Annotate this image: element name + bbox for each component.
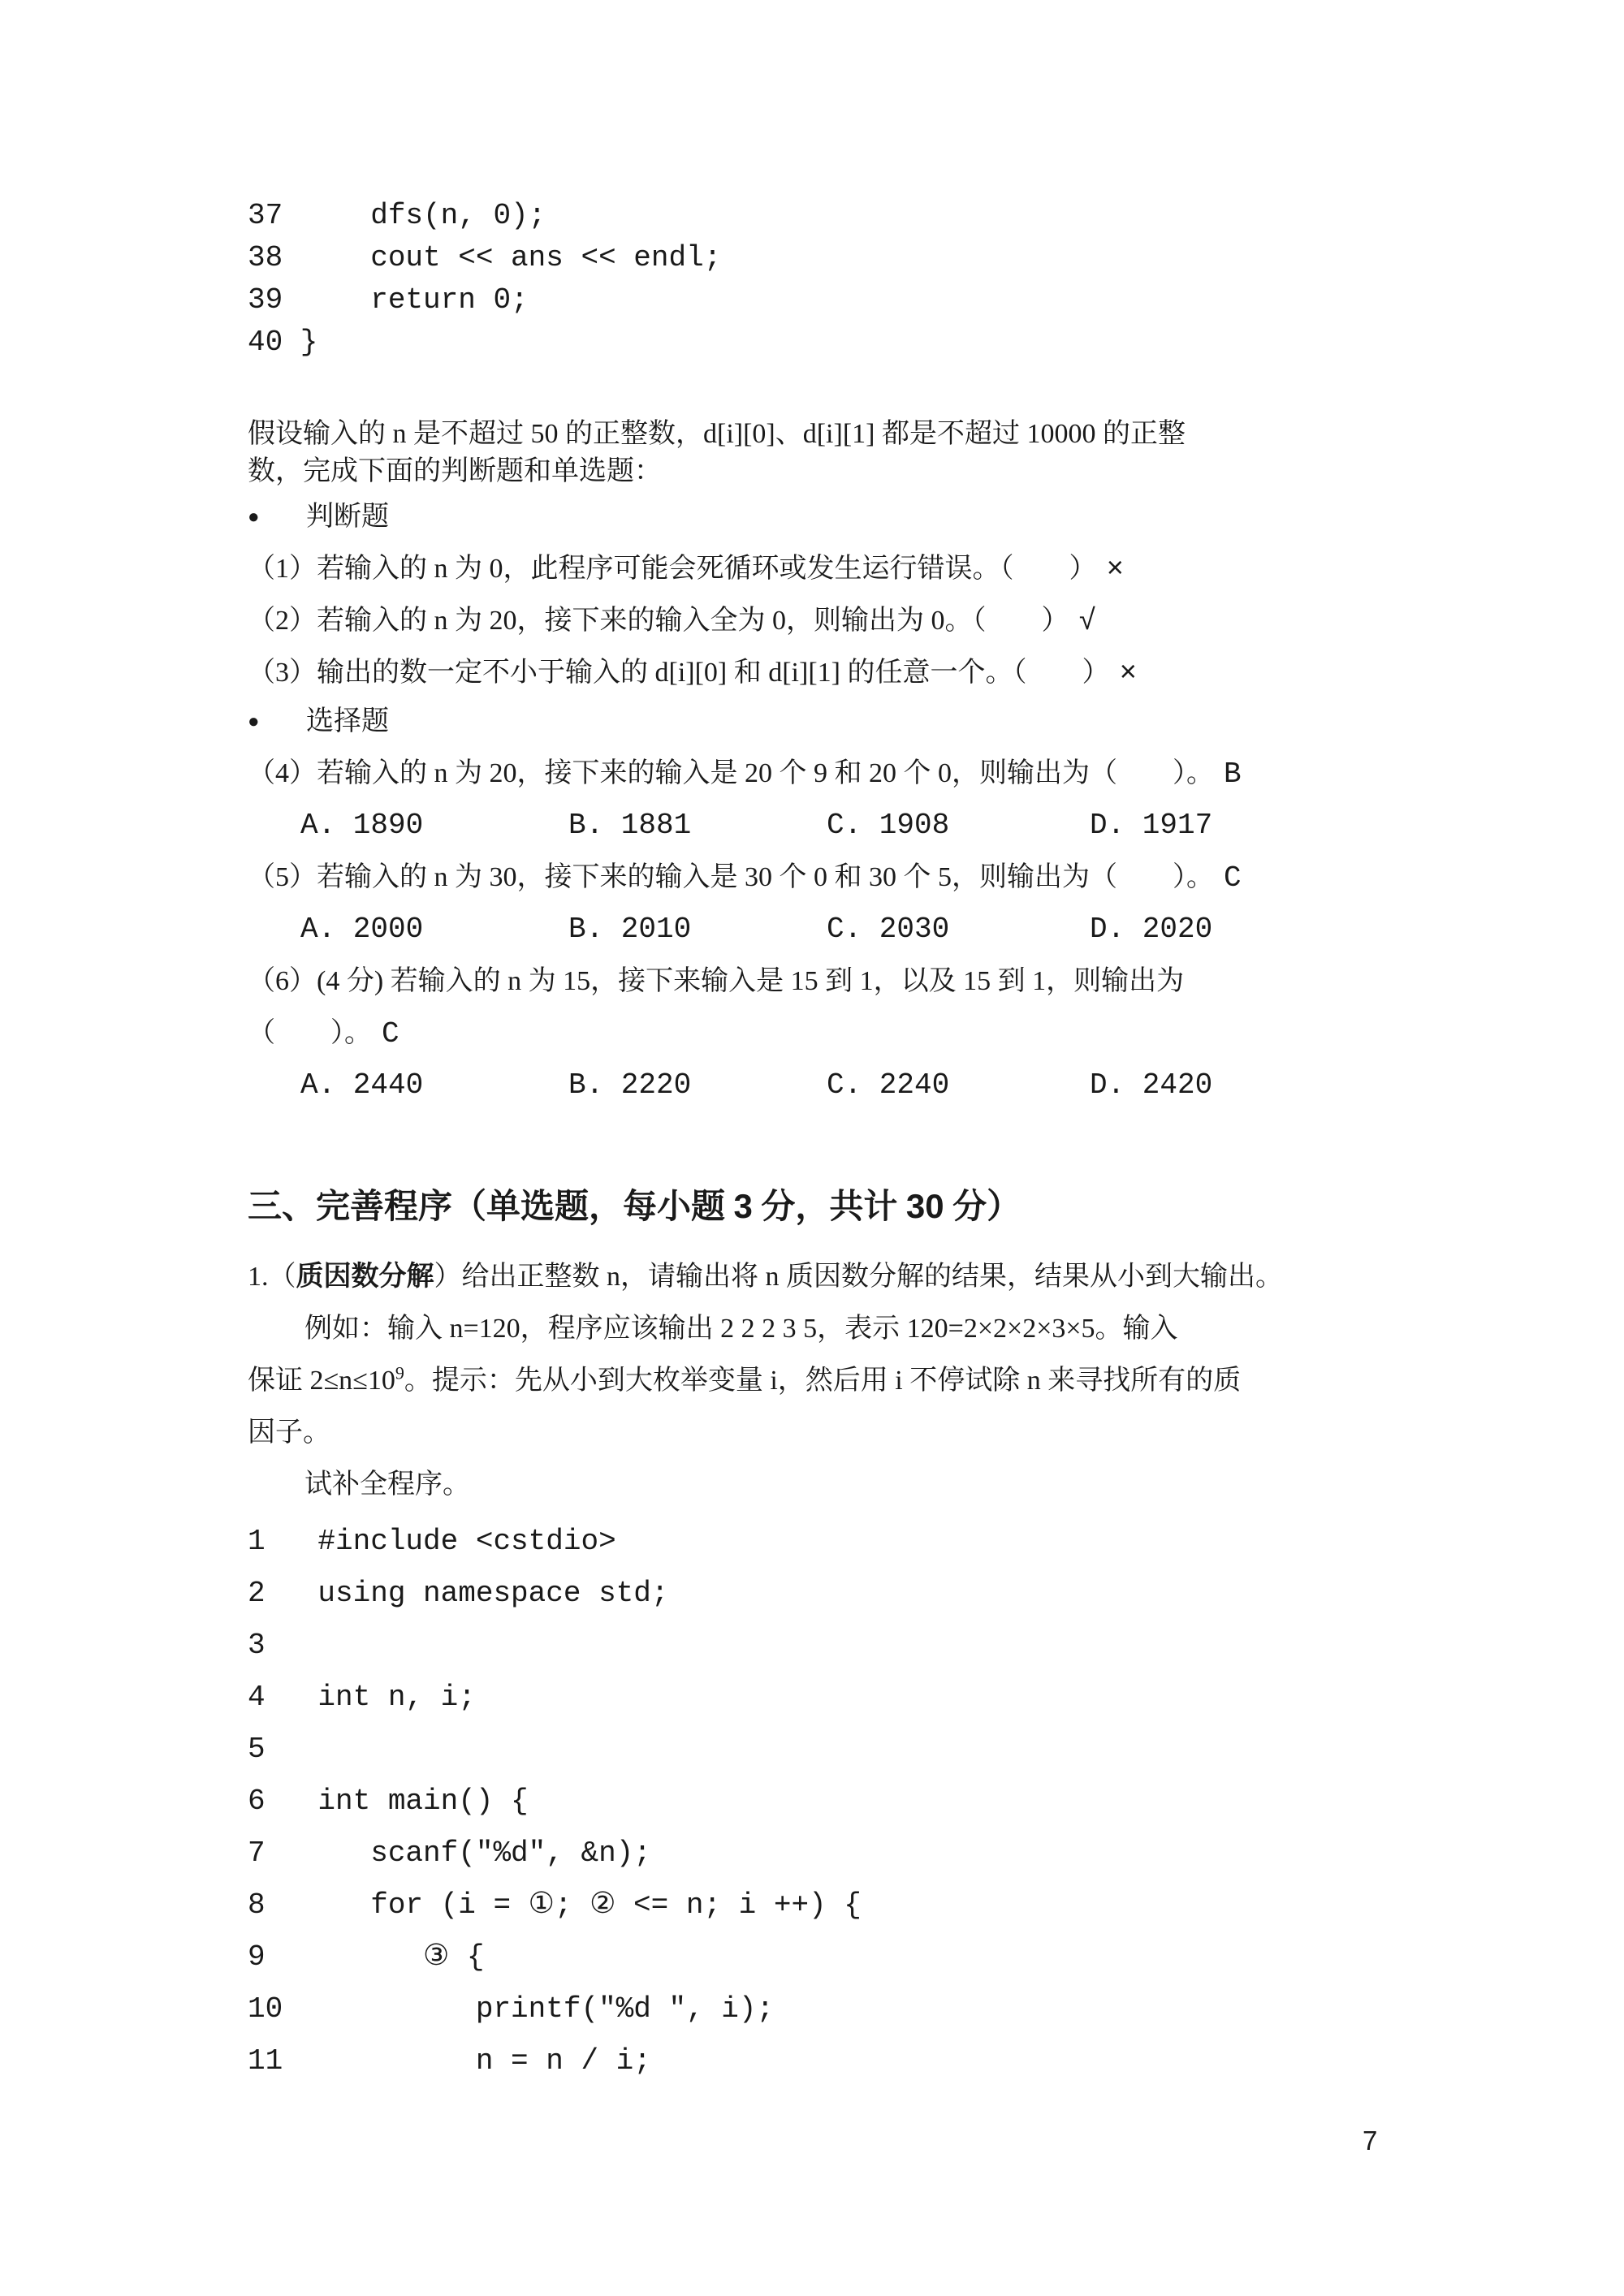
judgment-question-text: （2）若输入的 n 为 20，接下来的输入全为 0，则输出为 0。（ ） xyxy=(248,606,1069,636)
choice-option: C. 1908 xyxy=(827,807,1090,844)
judgment-section-header: ●判断题 xyxy=(248,498,1384,536)
problem-text-segment: 。提示：先从小到大枚举变量 i，然后用 i 不停试除 n 来寻找所有的质 xyxy=(404,1366,1241,1396)
choice-option: B. 2010 xyxy=(568,911,827,948)
intro-text-line: 数，完成下面的判断题和单选题： xyxy=(248,453,1384,490)
code-line: 11 n = n / i; xyxy=(248,2035,1384,2087)
section-heading: 三、完善程序（单选题，每小题 3 分，共计 30 分） xyxy=(248,1182,1384,1232)
problem-text-segment: 保证 2≤n≤10 xyxy=(248,1366,395,1396)
judgment-answer-mark: √ xyxy=(1079,605,1097,638)
bullet-icon: ● xyxy=(248,703,306,740)
choice-option: D. 2420 xyxy=(1090,1067,1212,1104)
judgment-item: （1）若输入的 n 为 0，此程序可能会死循环或发生运行错误。（ ）× xyxy=(248,550,1384,588)
intro-paragraph: 假设输入的 n 是不超过 50 的正整数，d[i][0]、d[i][1] 都是不… xyxy=(248,416,1384,490)
choice-options-row: A. 2000B. 2010C. 2030D. 2020 xyxy=(248,911,1384,948)
heading-segment: 分） xyxy=(944,1189,1021,1226)
choice-option: C. 2240 xyxy=(827,1067,1090,1104)
page-number: 7 xyxy=(1363,2126,1377,2156)
heading-segment: 三、完善程序（单选题，每小题 xyxy=(248,1189,734,1226)
code-line: 2 using namespace std; xyxy=(248,1568,1384,1620)
choice-options-row: A. 2440B. 2220C. 2240D. 2420 xyxy=(248,1067,1384,1104)
problem-text-line: 试补全程序。 xyxy=(248,1459,1384,1511)
code-line: 38 cout << ans << endl; xyxy=(248,237,1384,279)
problem-text-line: 1.（质因数分解）给出正整数 n，请输出将 n 质因数分解的结果，结果从小到大输… xyxy=(248,1251,1384,1303)
choice-item: （5）若输入的 n 为 30，接下来的输入是 30 个 0 和 30 个 5，则… xyxy=(248,859,1384,948)
choice-option: B. 1881 xyxy=(568,807,827,844)
code-line: 8 for (i = ①; ② <= n; i ++) { xyxy=(248,1880,1384,1931)
choice-option: A. 2000 xyxy=(300,911,568,948)
choice-answer-letter: C xyxy=(1224,861,1242,895)
problem-text-segment: 1.（ xyxy=(248,1262,296,1292)
code-line: 39 return 0; xyxy=(248,279,1384,322)
problem-text-line: 保证 2≤n≤109。提示：先从小到大枚举变量 i，然后用 i 不停试除 n 来… xyxy=(248,1355,1384,1407)
code-line: 7 scanf("%d", &n); xyxy=(248,1828,1384,1880)
choice-option: A. 2440 xyxy=(300,1067,568,1104)
choice-option: D. 2020 xyxy=(1090,911,1212,948)
intro-text-line: 假设输入的 n 是不超过 50 的正整数，d[i][0]、d[i][1] 都是不… xyxy=(248,416,1384,453)
judgment-label: 判断题 xyxy=(306,502,389,532)
problem-text-line: 例如：输入 n=120，程序应该输出 2 2 2 3 5，表示 120=2×2×… xyxy=(248,1303,1384,1355)
code-line: 10 printf("%d ", i); xyxy=(248,1983,1384,2035)
code-line: 9 ③ { xyxy=(248,1931,1384,1983)
code-line: 1 #include <cstdio> xyxy=(248,1516,1384,1568)
choice-question-line: （6）(4 分) 若输入的 n 为 15，接下来输入是 15 到 1，以及 15… xyxy=(248,963,1384,1000)
judgment-question-text: （3）输出的数一定不小于输入的 d[i][0] 和 d[i][1] 的任意一个。… xyxy=(248,658,1109,688)
choice-question-line: （4）若输入的 n 为 20，接下来的输入是 20 个 9 和 20 个 0，则… xyxy=(248,755,1384,792)
heading-segment: 30 xyxy=(906,1187,944,1225)
code-line: 37 dfs(n, 0); xyxy=(248,195,1384,237)
judgment-question-text: （1）若输入的 n 为 0，此程序可能会死循环或发生运行错误。（ ） xyxy=(248,554,1097,584)
choice-item: （4）若输入的 n 为 20，接下来的输入是 20 个 9 和 20 个 0，则… xyxy=(248,755,1384,844)
choice-option: A. 1890 xyxy=(300,807,568,844)
page-content: 37 dfs(n, 0);38 cout << ans << endl;39 r… xyxy=(0,0,1624,2296)
bullet-icon: ● xyxy=(248,498,306,536)
judgment-item: （3）输出的数一定不小于输入的 d[i][0] 和 d[i][1] 的任意一个。… xyxy=(248,654,1384,692)
choice-option: D. 1917 xyxy=(1090,807,1212,844)
code-listing-top: 37 dfs(n, 0);38 cout << ans << endl;39 r… xyxy=(248,0,1384,364)
choice-options-row: A. 1890B. 1881C. 1908D. 1917 xyxy=(248,807,1384,844)
heading-segment: 3 xyxy=(734,1187,753,1225)
code-line: 40 } xyxy=(248,322,1384,364)
choice-question-text: （5）若输入的 n 为 30，接下来的输入是 30 个 0 和 30 个 5，则… xyxy=(248,862,1214,892)
choice-question-text: （4）若输入的 n 为 20，接下来的输入是 20 个 9 和 20 个 0，则… xyxy=(248,758,1214,788)
choice-question-line: （5）若输入的 n 为 30，接下来的输入是 30 个 0 和 30 个 5，则… xyxy=(248,859,1384,896)
code-line: 4 int n, i; xyxy=(248,1672,1384,1724)
choice-question-text: （ ）。 xyxy=(248,1018,372,1048)
choice-option: B. 2220 xyxy=(568,1067,827,1104)
choice-item: （6）(4 分) 若输入的 n 为 15，接下来输入是 15 到 1，以及 15… xyxy=(248,963,1384,1104)
problem-text-segment: 例如：输入 n=120，程序应该输出 2 2 2 3 5，表示 120=2×2×… xyxy=(304,1314,1178,1344)
problem-text-segment: 试补全程序。 xyxy=(304,1470,470,1500)
problem-text-segment: 9 xyxy=(395,1363,404,1383)
problem-text-segment: 质因数分解 xyxy=(296,1262,434,1292)
judgment-item: （2）若输入的 n 为 20，接下来的输入全为 0，则输出为 0。（ ）√ xyxy=(248,602,1384,640)
problem-text-segment: 因子。 xyxy=(248,1418,330,1448)
heading-segment: 分，共计 xyxy=(753,1189,906,1226)
problem-text-line: 因子。 xyxy=(248,1407,1384,1459)
code-line: 6 int main() { xyxy=(248,1776,1384,1828)
choice-option: C. 2030 xyxy=(827,911,1090,948)
choice-question-text: （6）(4 分) 若输入的 n 为 15，接下来输入是 15 到 1，以及 15… xyxy=(248,966,1184,996)
code-line: 3 xyxy=(248,1620,1384,1672)
exam-document-page: 37 dfs(n, 0);38 cout << ans << endl;39 r… xyxy=(0,0,1624,2296)
judgment-items: （1）若输入的 n 为 0，此程序可能会死循环或发生运行错误。（ ）×（2）若输… xyxy=(248,550,1384,692)
choice-answer-letter: B xyxy=(1224,757,1242,791)
code-listing-bottom: 1 #include <cstdio>2 using namespace std… xyxy=(248,1516,1384,2087)
choice-label: 选择题 xyxy=(306,706,389,736)
choice-section-header: ●选择题 xyxy=(248,703,1384,740)
problem-text-segment: ）给出正整数 n，请输出将 n 质因数分解的结果，结果从小到大输出。 xyxy=(434,1262,1284,1292)
choice-question-line: （ ）。C xyxy=(248,1015,1384,1052)
judgment-answer-mark: × xyxy=(1119,657,1137,690)
code-line: 5 xyxy=(248,1724,1384,1776)
judgment-answer-mark: × xyxy=(1107,553,1125,586)
problem-statement: 1.（质因数分解）给出正整数 n，请输出将 n 质因数分解的结果，结果从小到大输… xyxy=(248,1251,1384,1511)
choice-items: （4）若输入的 n 为 20，接下来的输入是 20 个 9 和 20 个 0，则… xyxy=(248,755,1384,1104)
choice-answer-letter: C xyxy=(382,1017,400,1051)
